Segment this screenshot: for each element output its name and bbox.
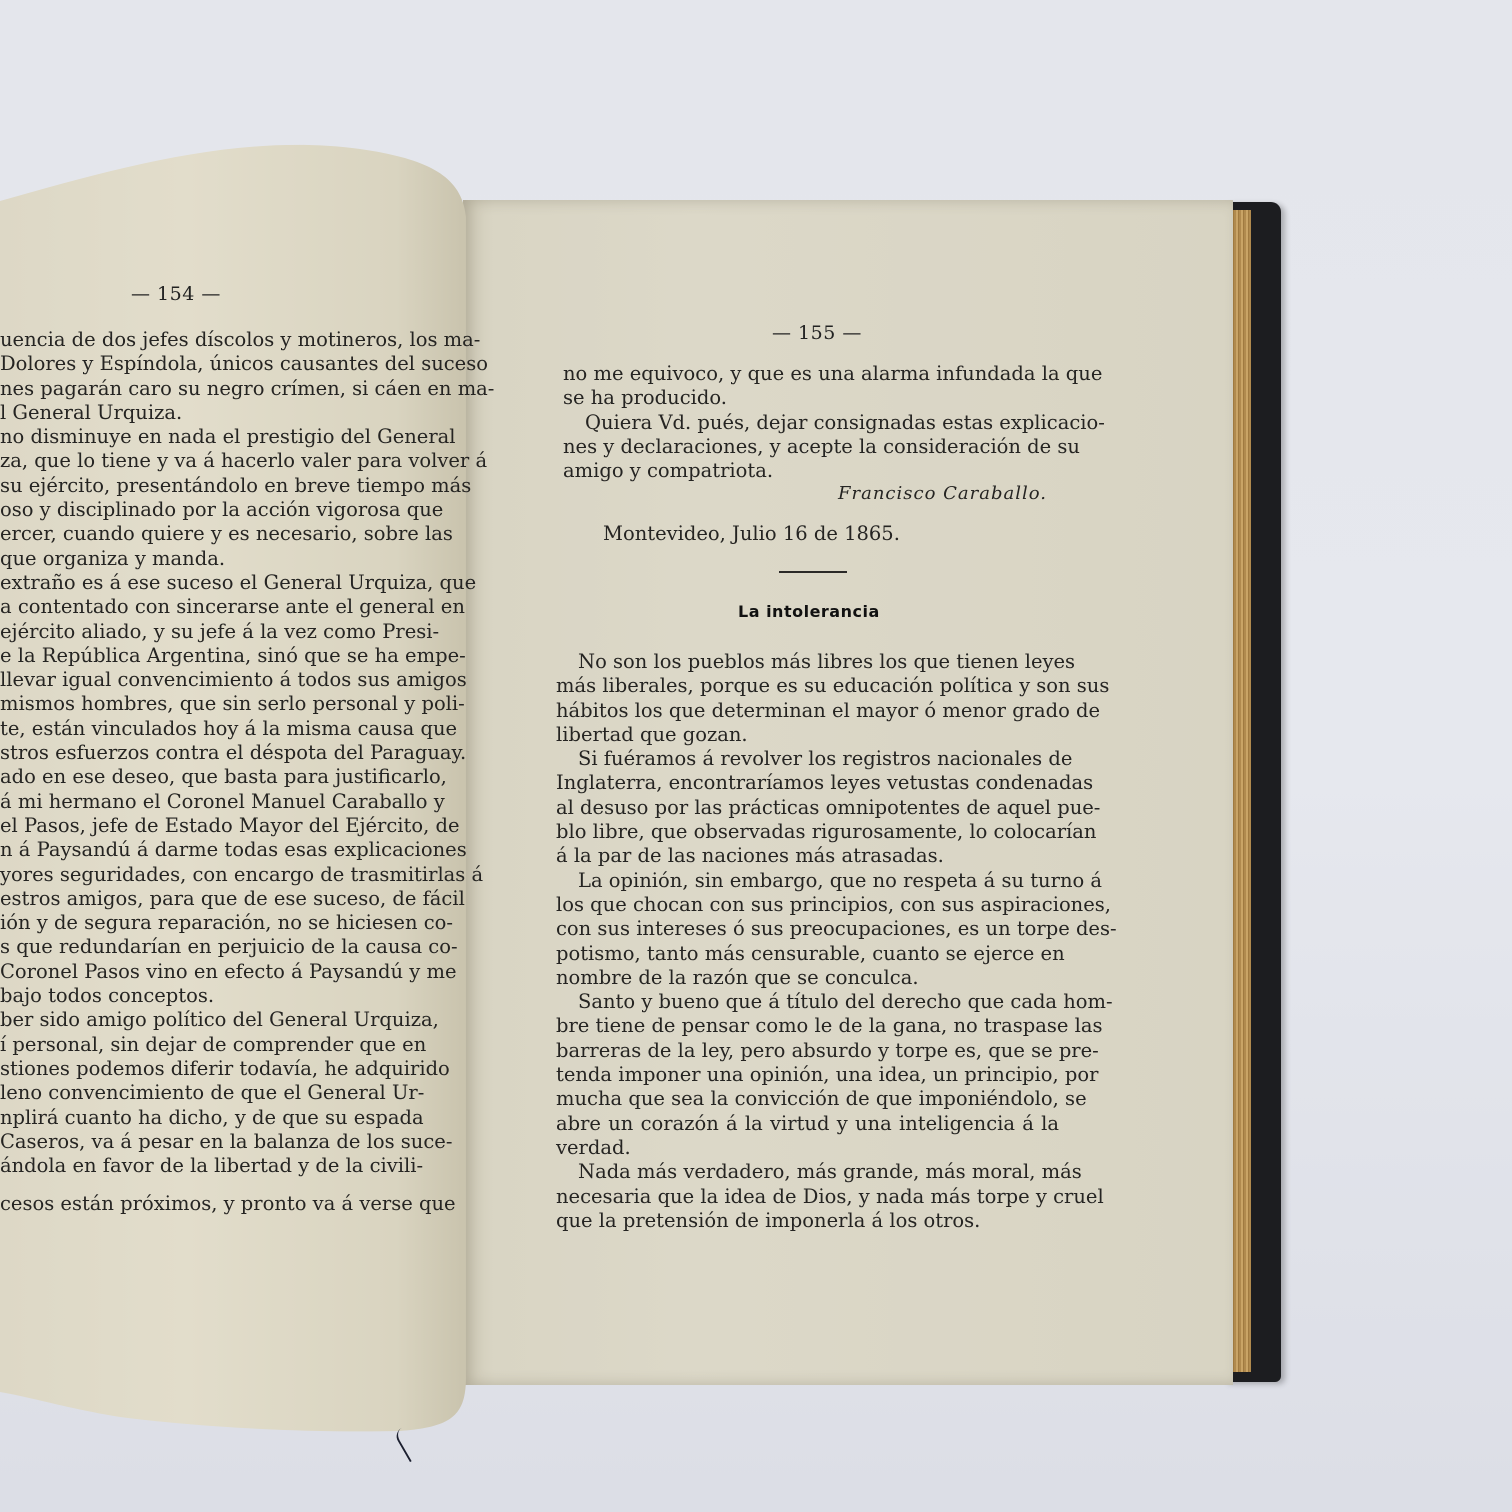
text-line: con sus intereses ó sus preocupaciones, … <box>556 917 1059 941</box>
text-line: ado en ese deseo, que basta para justifi… <box>0 765 432 789</box>
text-line: Coronel Pasos vino en efecto á Paysandú … <box>0 960 432 984</box>
text-line: al desuso por las prácticas omnipotentes… <box>556 796 1059 820</box>
text-line: Nada más verdadero, más grande, más mora… <box>556 1160 1059 1184</box>
text-line: Inglaterra, encontraríamos leyes vetusta… <box>556 771 1059 795</box>
text-line: ión y de segura reparación, no se hicies… <box>0 911 432 935</box>
text-line: hábitos los que determinan el mayor ó me… <box>556 699 1059 723</box>
text-line: abre un corazón á la virtud y una inteli… <box>556 1112 1059 1136</box>
text-line <box>0 1178 432 1192</box>
text-line: a contentado con sincerarse ante el gene… <box>0 595 432 619</box>
text-line: tenda imponer una opinión, una idea, un … <box>556 1063 1059 1087</box>
text-line: Santo y bueno que á título del derecho q… <box>556 990 1059 1014</box>
text-line: á la par de las naciones más atrasadas. <box>556 844 1059 868</box>
text-line: ercer, cuando quiere y es necesario, sob… <box>0 522 432 546</box>
text-line: te, están vinculados hoy á la misma caus… <box>0 717 432 741</box>
text-line: nes y declaraciones, y acepte la conside… <box>563 435 1066 459</box>
left-page-text: uencia de dos jefes díscolos y motineros… <box>0 328 432 1217</box>
paragraph: La opinión, sin embargo, que no respeta … <box>556 869 1059 990</box>
text-line: que organiza y manda. <box>0 547 432 571</box>
text-line: libertad que gozan. <box>556 723 1059 747</box>
text-line: stiones podemos diferir todavía, he adqu… <box>0 1057 432 1081</box>
section-body: No son los pueblos más libres los que ti… <box>556 650 1059 1233</box>
text-line: stros esfuerzos contra el déspota del Pa… <box>0 741 432 765</box>
text-line: yores seguridades, con encargo de trasmi… <box>0 863 432 887</box>
text-line: mismos hombres, que sin serlo personal y… <box>0 692 432 716</box>
text-line: estros amigos, para que de ese suceso, d… <box>0 887 432 911</box>
text-line: no me equivoco, y que es una alarma infu… <box>563 362 1066 386</box>
text-line: más liberales, porque es su educación po… <box>556 674 1059 698</box>
text-line: ejército aliado, y su jefe á la vez como… <box>0 620 432 644</box>
text-line: necesaria que la idea de Dios, y nada má… <box>556 1185 1059 1209</box>
text-line: uencia de dos jefes díscolos y motineros… <box>0 328 432 352</box>
text-line: n á Paysandú á darme todas esas explicac… <box>0 838 432 862</box>
text-line: Si fuéramos á revolver los registros nac… <box>556 747 1059 771</box>
paragraph: Santo y bueno que á título del derecho q… <box>556 990 1059 1160</box>
text-line: barreras de la ley, pero absurdo y torpe… <box>556 1039 1059 1063</box>
text-line: blo libre, que observadas rigurosamente,… <box>556 820 1059 844</box>
text-line: su ejército, presentándolo en breve tiem… <box>0 474 432 498</box>
text-line: leno convencimiento de que el General Ur… <box>0 1081 432 1105</box>
paragraph: Nada más verdadero, más grande, más mora… <box>556 1160 1059 1233</box>
text-line: el Pasos, jefe de Estado Mayor del Ejérc… <box>0 814 432 838</box>
text-line: nes pagarán caro su negro crímen, si cáe… <box>0 377 432 401</box>
text-line: í personal, sin dejar de comprender que … <box>0 1033 432 1057</box>
paragraph: Si fuéramos á revolver los registros nac… <box>556 747 1059 868</box>
text-line: bajo todos conceptos. <box>0 984 432 1008</box>
text-line: potismo, tanto más censurable, cuanto se… <box>556 942 1059 966</box>
text-line: á mi hermano el Coronel Manuel Caraballo… <box>0 790 432 814</box>
text-line: mucha que sea la convicción de que impon… <box>556 1087 1059 1111</box>
text-line: ber sido amigo político del General Urqu… <box>0 1008 432 1032</box>
text-line: cesos están próximos, y pronto va á vers… <box>0 1192 432 1216</box>
text-line: que la pretensión de imponerla á los otr… <box>556 1209 1059 1233</box>
text-line: nplirá cuanto ha dicho, y de que su espa… <box>0 1106 432 1130</box>
page-number-left: — 154 — <box>131 283 221 305</box>
text-line: oso y disciplinado por la acción vigoros… <box>0 498 432 522</box>
text-line: Quiera Vd. pués, dejar consignadas estas… <box>563 411 1066 435</box>
text-line: se ha producido. <box>563 386 1066 410</box>
section-divider <box>779 571 847 573</box>
text-line: bre tiene de pensar como le de la gana, … <box>556 1014 1059 1038</box>
text-line: l General Urquiza. <box>0 401 432 425</box>
text-line: nombre de la razón que se conculca. <box>556 966 1059 990</box>
paragraph: No son los pueblos más libres los que ti… <box>556 650 1059 747</box>
text-line: Caseros, va á pesar en la balanza de los… <box>0 1130 432 1154</box>
text-line: no disminuye en nada el prestigio del Ge… <box>0 425 432 449</box>
text-line: No son los pueblos más libres los que ti… <box>556 650 1059 674</box>
text-line: extraño es á ese suceso el General Urqui… <box>0 571 432 595</box>
text-line: amigo y compatriota. <box>563 459 1066 483</box>
text-line: s que redundarían en perjuicio de la cau… <box>0 935 432 959</box>
section-title: La intolerancia <box>738 602 880 621</box>
signature: Francisco Caraballo. <box>838 483 1047 504</box>
text-line: za, que lo tiene y va á hacerlo valer pa… <box>0 449 432 473</box>
text-line: verdad. <box>556 1136 1059 1160</box>
page-number-right: — 155 — <box>772 322 862 344</box>
text-line: La opinión, sin embargo, que no respeta … <box>556 869 1059 893</box>
text-line: Dolores y Espíndola, únicos causantes de… <box>0 352 432 376</box>
text-line: llevar igual convencimiento á todos sus … <box>0 668 432 692</box>
letter-ending: no me equivoco, y que es una alarma infu… <box>563 362 1066 483</box>
text-line: e la República Argentina, sinó que se ha… <box>0 644 432 668</box>
dateline: Montevideo, Julio 16 de 1865. <box>603 522 900 545</box>
text-line: ándola en favor de la libertad y de la c… <box>0 1154 432 1178</box>
text-line: los que chocan con sus principios, con s… <box>556 893 1059 917</box>
